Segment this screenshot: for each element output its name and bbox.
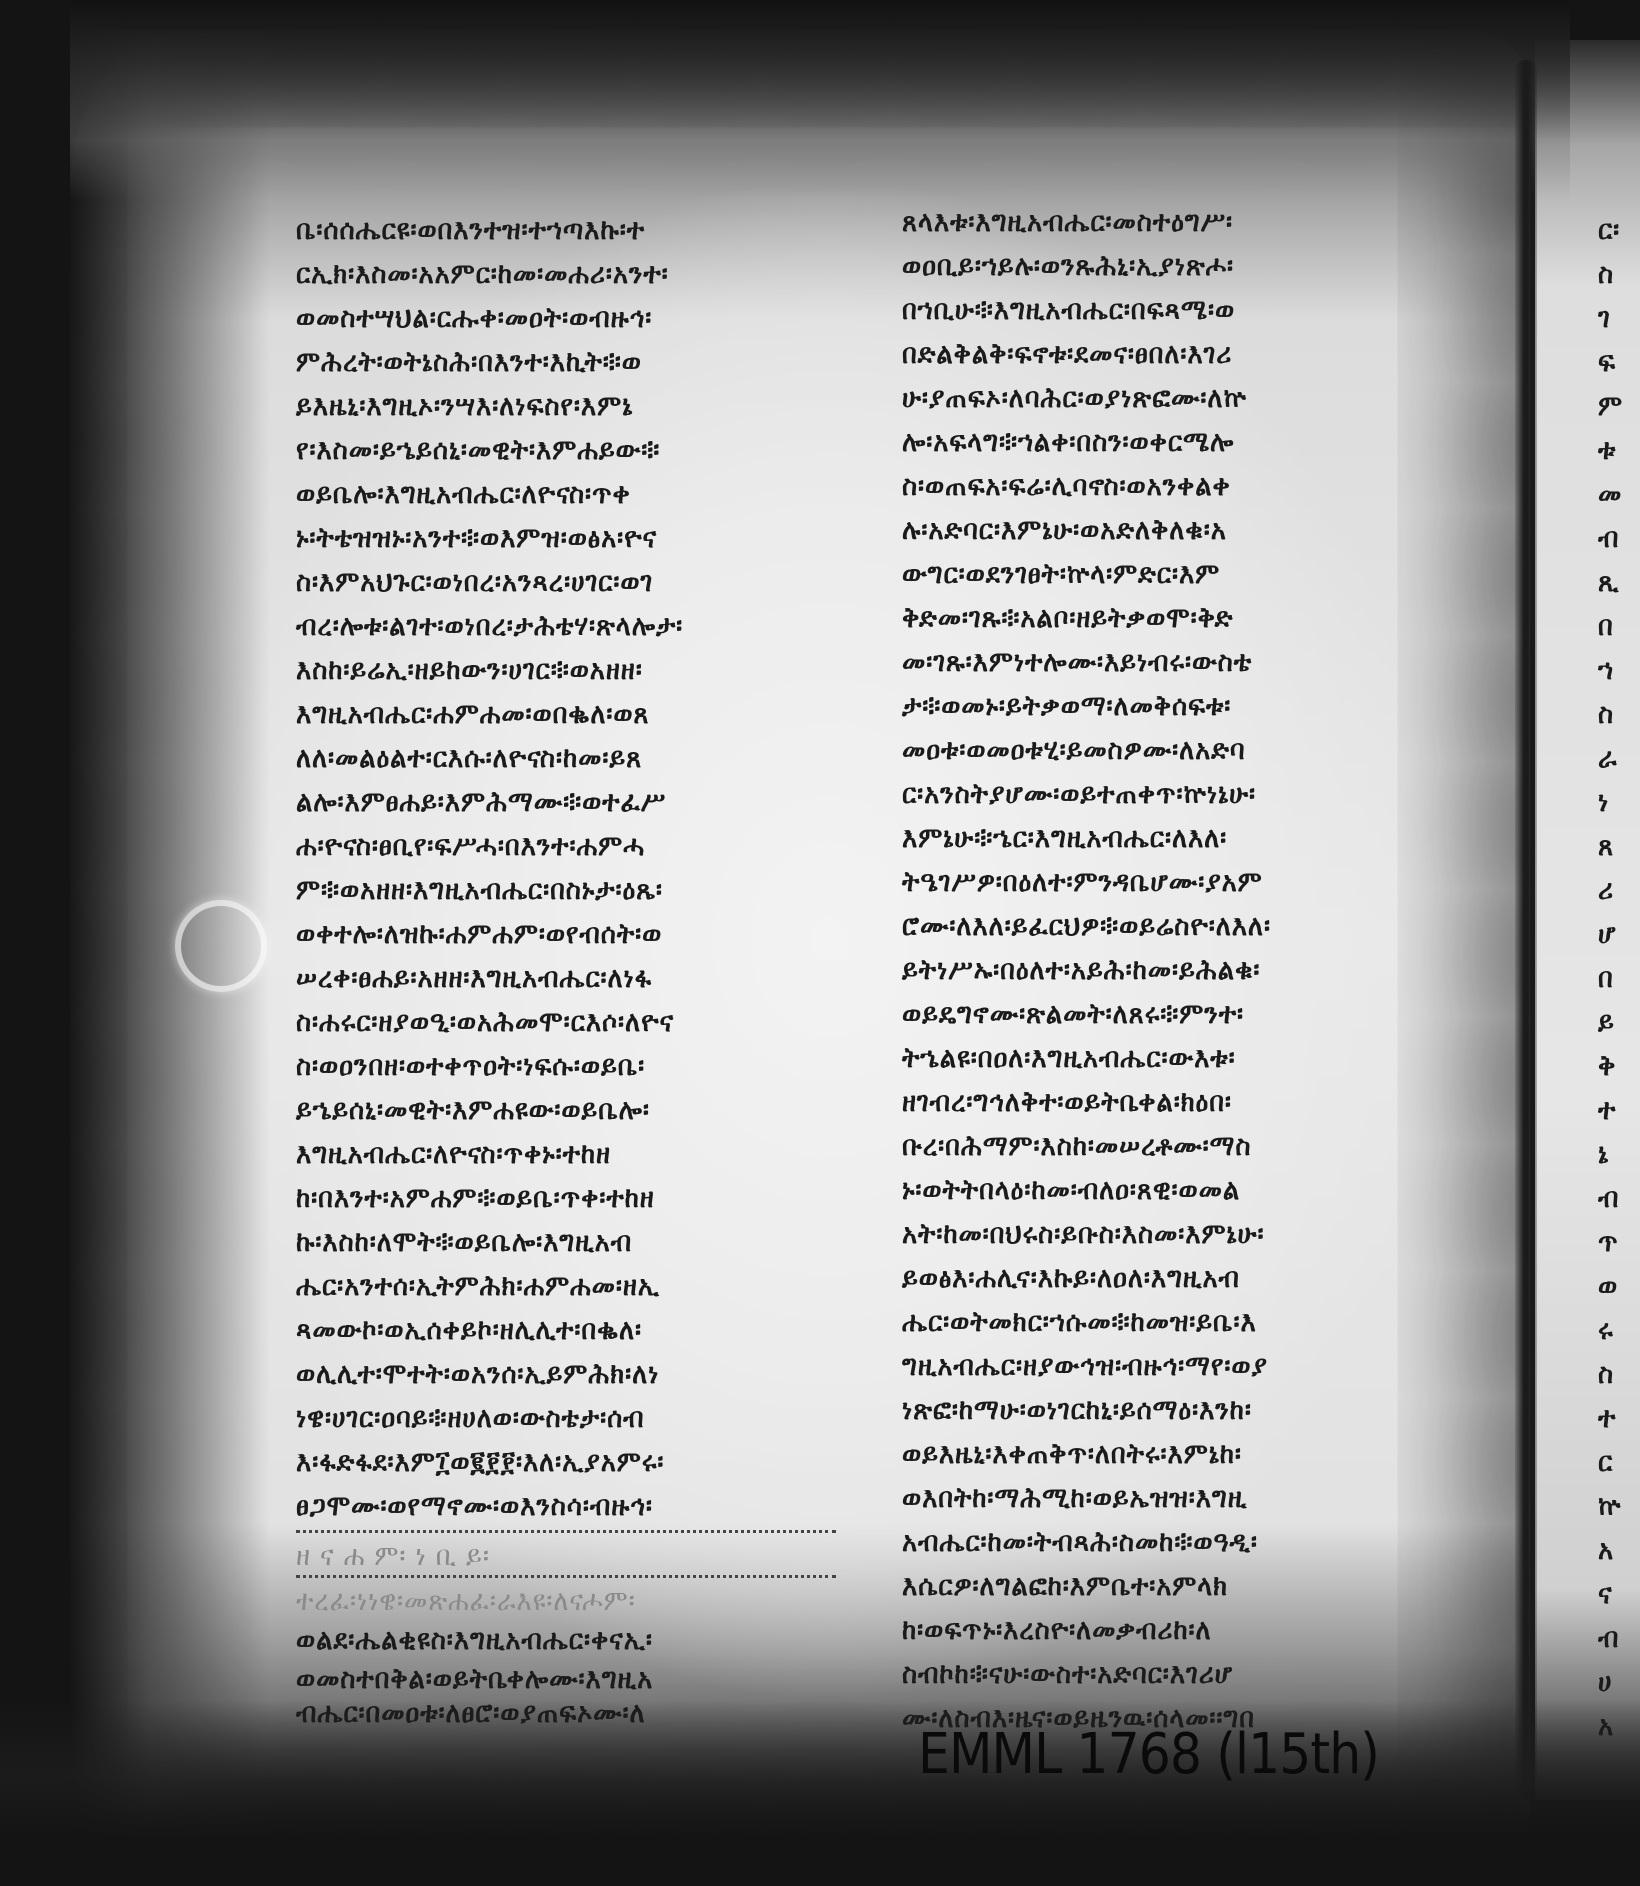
- manuscript-line: ልሎ፡እምፀሐይ፡እምሕማሙ፨ወተፈሥ: [296, 780, 811, 824]
- dotted-rule: [296, 1575, 836, 1582]
- manuscript-line: ም፨ወአዘዘ፡እግዚአብሔር፡በስኑታ፡ዕጼ፡: [296, 868, 811, 912]
- manuscript-line: ጸላእቱ፡እግዚአብሔር፡መስተዕግሥ፡: [902, 200, 1417, 244]
- manuscript-line: ኀ: [1598, 648, 1640, 692]
- manuscript-line: ወዐቢይ፡ኀይሉ፡ወንጹሕኒ፡ኢያነጽሖ፡: [902, 244, 1417, 288]
- manuscript-line: ፍ: [1598, 340, 1640, 384]
- manuscript-line: ሉ፡አድባር፡እምኔሁ፡ወአድለቅለቁ፡አ: [902, 508, 1417, 552]
- manuscript-line: ግዚአብሔር፡ዘያውኅዝ፡ብዙኅ፡ማየ፡ወያ: [902, 1344, 1417, 1388]
- manuscript-line: ራ: [1598, 736, 1640, 780]
- manuscript-line: ም: [1598, 384, 1640, 428]
- manuscript-line: ሪ: [1598, 868, 1640, 912]
- manuscript-line: ወመስተሣህል፡ርሑቀ፡መዐት፡ወብዙኅ፡: [296, 296, 811, 340]
- manuscript-line: ር: [1598, 1440, 1640, 1484]
- manuscript-line: ወሊሊተ፡ሞተት፡ወአንሰ፡ኢይምሕክ፡ለነ: [296, 1352, 811, 1396]
- manuscript-line: ር፡: [1598, 208, 1640, 252]
- manuscript-line: አ: [1598, 1528, 1640, 1572]
- manuscript-line: ርኢክ፡እስመ፡አአምር፡ከመ፡መሐሪ፡አንተ፡: [296, 252, 811, 296]
- adjacent-page-text: ር፡ስገፍምቱመብጺበኀስራነጸሪሆበይቅተኔብጥወሩስተርኵአናብሀአ: [1598, 208, 1640, 1748]
- manuscript-line: ሔር፡ወትመክር፡ኀሱመ፨ከመዝ፡ይቤ፡እ: [902, 1300, 1417, 1344]
- manuscript-line: መ: [1598, 472, 1640, 516]
- manuscript-line: ውግር፡ወደንገፀት፡ኵላ፡ምድር፡እም: [902, 552, 1417, 596]
- manuscript-line: ስ: [1598, 252, 1640, 296]
- manuscript-line: ና: [1598, 1572, 1640, 1616]
- manuscript-line: ቅ: [1598, 1044, 1640, 1088]
- manuscript-line: ስ፡ወዐንበዘ፡ወተቀጥዐት፡ነፍሱ፡ወይቤ፡: [296, 1044, 811, 1088]
- manuscript-line: ወመስተበቅል፡ወይትቤቀሎሙ፡እግዚአ: [296, 1662, 811, 1696]
- manuscript-line: ኩ፡እስከ፡ለሞት፨ወይቤሎ፡እግዚአብ: [296, 1220, 811, 1264]
- manuscript-line: መ፡ገጹ፡እምነተሎሙ፡እይነብሩ፡ውስቴ: [902, 640, 1417, 684]
- manuscript-line: ስ፡ወጠፍአ፡ፍሬ፡ሊባኖስ፡ወአንቀልቀ: [902, 464, 1417, 508]
- manuscript-line: ጸ: [1598, 824, 1640, 868]
- manuscript-line: በኀቢሁ፨እግዚአብሔር፡በፍጻሜ፡ወ: [902, 288, 1417, 332]
- manuscript-line: ጥ: [1598, 1220, 1640, 1264]
- right-text-column: ጸላእቱ፡እግዚአብሔር፡መስተዕግሥ፡ወዐቢይ፡ኀይሉ፡ወንጹሕኒ፡ኢያነጽሖ…: [902, 200, 1462, 1740]
- manuscript-line: ለለ፡መልዕልተ፡ርእሱ፡ለዮናስ፡ከመ፡ይጸ: [296, 736, 811, 780]
- manuscript-line: ስ፡ሐሩር፡ዘያወዒ፡ወአሕመሞ፡ርእሶ፡ለዮና: [296, 1000, 811, 1044]
- manuscript-line: ተ: [1598, 1088, 1640, 1132]
- manuscript-line: ገ: [1598, 296, 1640, 340]
- manuscript-line: ከ፡ወፍጥኑ፡እረስዮ፡ለመቃብሪከ፡ለ: [902, 1608, 1417, 1652]
- manuscript-line: ቱ: [1598, 428, 1640, 472]
- manuscript-line: እ፡ፋድፋደ፡እም፲ወ፪፻፻፡እለ፡ኢያአምሩ፡: [296, 1440, 811, 1484]
- manuscript-line: ተ: [1598, 1396, 1640, 1440]
- manuscript-line: የ፡እስመ፡ይኄይሰኒ፡መዊት፡እምሐይው፨: [296, 428, 811, 472]
- manuscript-line: ሀ: [1598, 1660, 1640, 1704]
- manuscript-line: ብ: [1598, 1176, 1640, 1220]
- manuscript-line: ቤ፡ሰሰሔርዩ፡ወበእንተዝ፡ተኀጣእኩ፡ተ: [296, 208, 811, 252]
- manuscript-line: አብሔር፡ከመ፡ትብጻሕ፡ስመከ፨ወዓዲ፡: [902, 1520, 1417, 1564]
- manuscript-line: ኵ: [1598, 1484, 1640, 1528]
- manuscript-line: በድልቅልቅ፡ፍኖቱ፡ደመና፡ፀበለ፡እገሪ: [902, 332, 1417, 376]
- manuscript-line: ሁ፡ያጠፍኦ፡ለባሕር፡ወያነጽፎሙ፡ለኵ: [902, 376, 1417, 420]
- manuscript-line: እስከ፡ይሬኢ፡ዘይከውን፡ሀገር፨ወአዘዘ፡: [296, 648, 811, 692]
- manuscript-line: ሎ፡አፍላግ፨ኀልቀ፡በስን፡ወቀርሜሎ: [902, 420, 1417, 464]
- manuscript-line: ወ: [1598, 1264, 1640, 1308]
- manuscript-line: ትኄልዩ፡በዐለ፡እግዚአብሔር፡ውእቱ፡: [902, 1036, 1417, 1080]
- manuscript-line: ስ፡እምአህጉር፡ወነበረ፡አንጻረ፡ሀገር፡ወገ: [296, 560, 811, 604]
- manuscript-line: ር፡አንስትያሆሙ፡ወይተጠቀጥ፡ኵነኔሁ፡: [902, 772, 1417, 816]
- manuscript-line: ሩ: [1598, 1308, 1640, 1352]
- manuscript-line: ታ፨ወመኑ፡ይትቃወማ፡ለመቅሰፍቱ፡: [902, 684, 1417, 728]
- manuscript-line: አ: [1598, 1704, 1640, 1748]
- manuscript-line: ነዌ፡ሀገር፡ዐባይ፨ዘሀለወ፡ውስቴታ፡ሰብ: [296, 1396, 811, 1440]
- manuscript-line: ወእበትከ፡ማሕሚከ፡ወይኤዝዝ፡እግዚ: [902, 1476, 1417, 1520]
- manuscript-line: ኑ፡ትቴዝዝኑ፡አንተ፨ወእምዝ፡ወፅአ፡ዮና: [296, 516, 811, 560]
- manuscript-line: ይኄይሰኒ፡መዊት፡እምሐዩው፡ወይቤሎ፡: [296, 1088, 811, 1132]
- manuscript-line: እግዚአብሔር፡ሐምሐመ፡ወበቈለ፡ወጸ: [296, 692, 811, 736]
- manuscript-line: ወይዴግኖሙ፡ጽልመት፡ለጸሩ፨ምንተ፡: [902, 992, 1417, 1036]
- manuscript-line: እምኔሁ፨ኄር፡እግዚአብሔር፡ለእለ፡: [902, 816, 1417, 860]
- manuscript-line: ይትነሥኡ፡በዕለተ፡አይሕ፡ከመ፡ይሕልቁ፡: [902, 948, 1417, 992]
- manuscript-line: ይወፅእ፡ሐሊና፡እኩይ፡ለዐለ፡እግዚአብ: [902, 1256, 1417, 1300]
- dotted-rule: [296, 1530, 836, 1537]
- manuscript-line: ይእዜኒ፡እግዚኦ፡ንሣእ፡ለነፍስየ፡እምኔ: [296, 384, 811, 428]
- manuscript-line: እግዚአብሔር፡ለዮናስ፡ጥቀኑ፡ተከዘ: [296, 1132, 811, 1176]
- manuscript-line: ኑ፡ወትትበላዕ፡ከመ፡ብለዐ፡ጸዊ፡ወመል: [902, 1168, 1417, 1212]
- left-text-column: ቤ፡ሰሰሔርዩ፡ወበእንተዝ፡ተኀጣእኩ፡ተርኢክ፡እስመ፡አአምር፡ከመ፡መሐ…: [296, 208, 856, 1730]
- manuscript-line: ኔ: [1598, 1132, 1640, 1176]
- manuscript-line: ወይቤሎ፡እግዚአብሔር፡ለዮናስ፡ጥቀ: [296, 472, 811, 516]
- manuscript-line: ትዔገሥዎ፡በዕለተ፡ምንዳቤሆሙ፡ያአም: [902, 860, 1417, 904]
- manuscript-line: ወልደ፡ሔልቂዩስ፡እግዚአብሔር፡ቀናኢ፡: [296, 1618, 811, 1662]
- manuscript-line: ስ: [1598, 692, 1640, 736]
- manuscript-line: ብሔር፡በመዐቱ፡ለፀሮ፡ወያጠፍኦሙ፡ለ: [296, 1696, 811, 1730]
- manuscript-line: ስ: [1598, 1352, 1640, 1396]
- manuscript-line: ሠረቀ፡ፀሐይ፡አዘዘ፡እግዚአብሔር፡ለነፋ: [296, 956, 811, 1000]
- manuscript-line: ሐ፡ዮናስ፡ፀቢየ፡ፍሥሓ፡በእንተ፡ሐምሓ: [296, 824, 811, 868]
- manuscript-line: ቅድመ፡ገጹ፨አልቦ፡ዘይትቃወሞ፡ቅድ: [902, 596, 1417, 640]
- binding-gutter: [1515, 60, 1537, 1800]
- manuscript-line: ምሕረት፡ወትኔስሕ፡በእንተ፡እኪት፨ወ: [296, 340, 811, 384]
- manuscript-line: ዘ ና ሐ ም፡ ነ ቢ ይ፡: [296, 1539, 811, 1573]
- manuscript-line: ስብኮከ፨ናሁ፡ውስተ፡አድባር፡እገሪሆ: [902, 1652, 1417, 1696]
- manuscript-line: በ: [1598, 604, 1640, 648]
- manuscript-line: ፀጋሞሙ፡ወየማኖሙ፡ወእንስሳ፡ብዙኅ፡: [296, 1484, 811, 1528]
- manuscript-line: ቡረ፡በሕማም፡እስከ፡መሠረቶሙ፡ማስ: [902, 1124, 1417, 1168]
- manuscript-line: ይ: [1598, 1000, 1640, 1044]
- manuscript-line: እሴርዎ፡ለግልፎከ፡እምቤተ፡አምላክ: [902, 1564, 1417, 1608]
- manuscript-line: ተረፈ፡ነነዌ፡መጽሐፈ፡ራእዩ፡ለናሖም፡: [296, 1584, 811, 1618]
- manuscript-line: ጻመውኮ፡ወኢሰቀይኮ፡ዘሊሊተ፡በቈለ፡: [296, 1308, 811, 1352]
- shelfmark-caption: EMML 1768 (l15th): [918, 1722, 1379, 1787]
- manuscript-line: ዘገብረ፡ግኅለቅተ፡ወይትቤቀል፡ክዕበ፡: [902, 1080, 1417, 1124]
- manuscript-line: ብ: [1598, 516, 1640, 560]
- manuscript-line: ወቀተሎ፡ለዝኩ፡ሐምሐም፡ወየብሰት፡ወ: [296, 912, 811, 956]
- manuscript-line: ብ: [1598, 1616, 1640, 1660]
- manuscript-line: ከ፡በእንተ፡አምሐም፨ወይቤ፡ጥቀ፡ተከዘ: [296, 1176, 811, 1220]
- manuscript-line: ሮሙ፡ለእለ፡ይፈርህዎ፨ወይሬስዮ፡ለእለ፡: [902, 904, 1417, 948]
- manuscript-line: ነ: [1598, 780, 1640, 824]
- manuscript-line: መዐቱ፡ወመዐቱሂ፡ይመስዎሙ፡ለአድባ: [902, 728, 1417, 772]
- manuscript-line: ጺ: [1598, 560, 1640, 604]
- manuscript-line: አት፡ከመ፡በህሩስ፡ይቡስ፡እስመ፡እምኔሁ፡: [902, 1212, 1417, 1256]
- manuscript-line: በ: [1598, 956, 1640, 1000]
- manuscript-line: ሆ: [1598, 912, 1640, 956]
- photo-frame: ቤ፡ሰሰሔርዩ፡ወበእንተዝ፡ተኀጣእኩ፡ተርኢክ፡እስመ፡አአምር፡ከመ፡መሐ…: [0, 0, 1640, 1886]
- manuscript-line: ወይእዜኒ፡እቀጠቅጥ፡ለበትሩ፡እምኔከ፡: [902, 1432, 1417, 1476]
- manuscript-line: ነጽፎ፡ከማሁ፡ወነገርከኒ፡ይሰማዕ፡እንከ፡: [902, 1388, 1417, 1432]
- manuscript-line: ብረ፡ሎቱ፡ልገተ፡ወነበረ፡ታሕቴሃ፡ጽላሎታ፡: [296, 604, 811, 648]
- manuscript-line: ሔር፡አንተሰ፡ኢትምሕክ፡ሐምሐመ፡ዘኢ: [296, 1264, 811, 1308]
